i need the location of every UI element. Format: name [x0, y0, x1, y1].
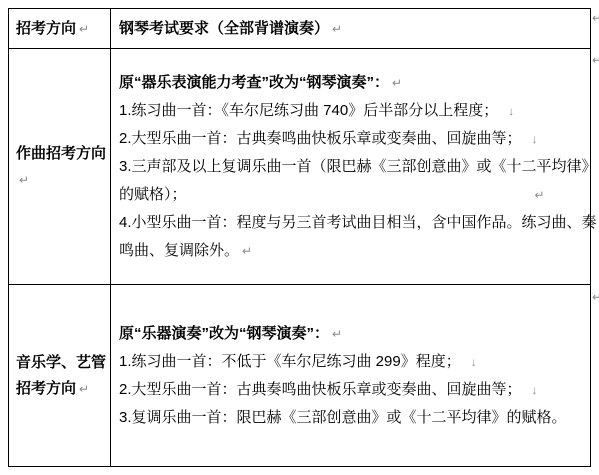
requirement-text: 2.大型乐曲一首：古典奏鸣曲快板乐章或变奏曲、回旋曲等； [119, 130, 522, 147]
linebreak-mark: ↓ [532, 383, 538, 397]
row-end-mark: ↵ [592, 54, 599, 66]
requirement-line: 3.复调乐曲一首：限巴赫《三部创意曲》或《十二平均律》的赋格。 [119, 404, 584, 432]
header-direction-text: 招考方向↵ [16, 16, 110, 42]
row-composition: 作曲招考方向↵ 原“器乐表演能力考查”改为“钢琴演奏”：↵ 1.练习曲一首：《车… [9, 49, 590, 285]
composition-label-cell: 作曲招考方向↵ [9, 49, 111, 284]
requirement-text: 1.练习曲一首：不低于《车尔尼练习曲 299》程度； [119, 353, 461, 370]
requirement-line: 的赋格）；↵ [119, 181, 597, 209]
header-direction-label: 招考方向 [16, 20, 76, 37]
requirement-text: 4.小型乐曲一首：程度与另三首考试曲目相当，含中国作品。练习曲、奏 [119, 214, 597, 231]
musicology-label-text: 音乐学、艺管招考方向 [16, 354, 106, 397]
requirement-text: 鸣曲、复调除外。 [119, 242, 239, 259]
header-cell-direction: 招考方向↵ [9, 9, 111, 48]
requirement-line: 1.练习曲一首：《车尔尼练习曲 740》后半部分以上程度；↓ [119, 97, 597, 125]
linebreak-mark: ↓ [532, 132, 538, 146]
requirement-text: 3.复调乐曲一首：限巴赫《三部创意曲》或《十二平均律》的赋格。 [119, 409, 567, 426]
musicology-heading: 原“乐器演奏”改为“钢琴演奏”：↵ [119, 320, 584, 348]
composition-label: 作曲招考方向↵ [16, 141, 110, 193]
header-cell-requirements: 钢琴考试要求（全部背谱演奏）↵ [111, 9, 590, 48]
paragraph-mark: ↵ [392, 76, 402, 90]
paragraph-mark: ↵ [242, 244, 252, 258]
linebreak-mark: ↓ [471, 355, 477, 369]
paragraph-mark: ↵ [332, 327, 342, 341]
requirement-line: 2.大型乐曲一首：古典奏鸣曲快板乐章或变奏曲、回旋曲等；↓ [119, 376, 584, 404]
row-musicology: 音乐学、艺管招考方向↵ 原“乐器演奏”改为“钢琴演奏”：↵ 1.练习曲一首：不低… [9, 285, 590, 466]
requirement-line: 鸣曲、复调除外。↵ [119, 237, 597, 265]
paragraph-mark: ↵ [79, 22, 89, 36]
composition-requirements-cell: 原“器乐表演能力考查”改为“钢琴演奏”：↵ 1.练习曲一首：《车尔尼练习曲 74… [111, 49, 599, 284]
musicology-requirements-cell: 原“乐器演奏”改为“钢琴演奏”：↵ 1.练习曲一首：不低于《车尔尼练习曲 299… [111, 285, 590, 466]
musicology-label: 音乐学、艺管招考方向↵ [16, 350, 110, 402]
requirement-line: 1.练习曲一首：不低于《车尔尼练习曲 299》程度；↓ [119, 348, 584, 376]
requirement-text: 2.大型乐曲一首：古典奏鸣曲快板乐章或变奏曲、回旋曲等； [119, 381, 522, 398]
requirement-text: 3.三声部及以上复调乐曲一首（限巴赫《三部创意曲》或《十二平均律》 [119, 158, 597, 175]
requirement-text: 的赋格）； [119, 181, 187, 209]
linebreak-mark: ↓ [508, 104, 514, 118]
requirement-text: 1.练习曲一首：《车尔尼练习曲 740》后半部分以上程度； [119, 102, 498, 119]
header-requirements-label: 钢琴考试要求（全部背谱演奏） [119, 20, 329, 37]
paragraph-mark: ↵ [19, 173, 29, 187]
row-end-mark: ↵ [592, 12, 599, 24]
paragraph-mark: ↵ [534, 181, 544, 209]
composition-label-text: 作曲招考方向 [16, 145, 106, 162]
requirement-line: 2.大型乐曲一首：古典奏鸣曲快板乐章或变奏曲、回旋曲等；↓ [119, 125, 597, 153]
requirements-table: 招考方向↵ 钢琴考试要求（全部背谱演奏）↵ 作曲招考方向↵ 原“器乐表演能力考查… [8, 8, 591, 467]
row-end-mark: ↵ [592, 291, 599, 303]
paragraph-mark: ↵ [332, 22, 342, 36]
requirement-line: 3.三声部及以上复调乐曲一首（限巴赫《三部创意曲》或《十二平均律》 [119, 153, 597, 181]
requirement-line: 4.小型乐曲一首：程度与另三首考试曲目相当，含中国作品。练习曲、奏 [119, 209, 597, 237]
musicology-label-cell: 音乐学、艺管招考方向↵ [9, 285, 111, 466]
paragraph-mark: ↵ [79, 382, 89, 396]
composition-heading: 原“器乐表演能力考查”改为“钢琴演奏”：↵ [119, 69, 597, 97]
composition-heading-text: 原“器乐表演能力考查”改为“钢琴演奏”： [119, 74, 389, 91]
header-requirements-text: 钢琴考试要求（全部背谱演奏）↵ [119, 16, 584, 42]
table-header-row: 招考方向↵ 钢琴考试要求（全部背谱演奏）↵ [9, 9, 590, 49]
musicology-heading-text: 原“乐器演奏”改为“钢琴演奏”： [119, 325, 329, 342]
